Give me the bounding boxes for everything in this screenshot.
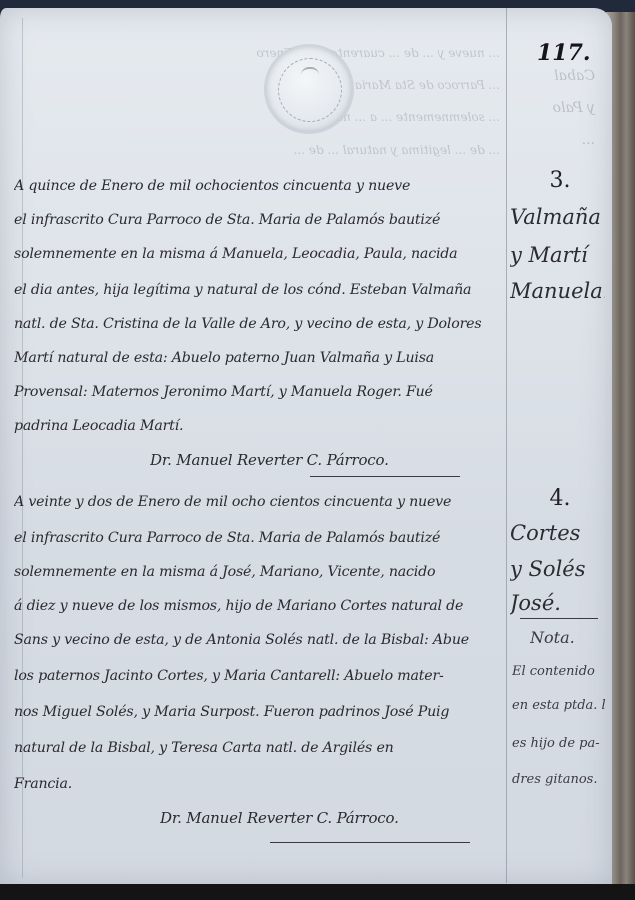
margin-name-line: José.: [510, 590, 605, 616]
entry-number: 4.: [510, 486, 610, 511]
priest-signature: Dr. Manuel Reverter C. Párroco.: [160, 808, 460, 828]
margin-name-line: Cortes: [510, 520, 605, 546]
right-margin-rule: [506, 8, 507, 883]
entry-text-line: el infrascrito Cura Parroco de Sta. Mari…: [14, 528, 504, 548]
entry-text-line: Francia.: [14, 774, 504, 794]
priest-signature: Dr. Manuel Reverter C. Párroco.: [150, 450, 450, 470]
entry-text-line: el infrascrito Cura Parroco de Sta. Mari…: [14, 210, 504, 230]
margin-note-title: Nota.: [530, 630, 624, 646]
entry-text-line: solemnemente en la misma á José, Mariano…: [14, 562, 504, 582]
entry-text-line: solemnemente en la misma á Manuela, Leoc…: [14, 244, 504, 264]
embossed-seal-icon: [266, 46, 352, 132]
margin-rule: [520, 618, 598, 619]
entry-text-line: los paternos Jacinto Cortes, y Maria Can…: [14, 666, 504, 686]
entry-text-line: natl. de Sta. Cristina de la Valle de Ar…: [14, 314, 504, 334]
bleed-through-margin: y Palo: [515, 100, 595, 116]
signature-rule: [310, 476, 460, 477]
margin-note-line: El contenido: [512, 664, 606, 680]
entry-text-line: Martí natural de esta: Abuelo paterno Ju…: [14, 348, 504, 368]
entry-number: 3.: [510, 168, 610, 193]
bleed-through-line: ... solemnemente ... a ... nacida: [40, 110, 500, 124]
folio-number: 117.: [537, 40, 591, 66]
margin-note-line: es hijo de pa-: [512, 736, 606, 752]
margin-name-line: Manuela.: [510, 278, 605, 304]
entry-text-line: natural de la Bisbal, y Teresa Carta nat…: [14, 738, 504, 758]
bleed-through-line: ... nueve y ... de ... cuarenta ... de E…: [40, 46, 500, 60]
margin-name-line: y Solés: [510, 556, 605, 582]
margin-name-line: Valmaña: [510, 204, 605, 230]
bleed-through-margin: ...: [515, 132, 595, 148]
entry-text-line: Sans y vecino de esta, y de Antonia Solé…: [14, 630, 504, 650]
entry-text-line: Provensal: Maternos Jeronimo Martí, y Ma…: [14, 382, 504, 402]
margin-name-line: y Martí: [510, 242, 605, 268]
margin-note-line: en esta ptda. lo: [512, 698, 606, 714]
margin-note-line: dres gitanos.: [512, 772, 606, 788]
bleed-through-line: ... de ... legitima y natural ... de ...: [40, 143, 500, 157]
entry-text-line: A veinte y dos de Enero de mil ocho cien…: [14, 492, 504, 512]
bleed-through-margin: Cabal: [515, 68, 595, 84]
entry-text-line: padrina Leocadia Martí.: [14, 416, 504, 436]
register-page: ... nueve y ... de ... cuarenta ... de E…: [0, 8, 612, 886]
entry-text-line: el dia antes, hija legítima y natural de…: [14, 280, 504, 300]
entry-text-line: nos Miguel Solés, y Maria Surpost. Fuero…: [14, 702, 504, 722]
entry-text-line: A quince de Enero de mil ochocientos cin…: [14, 176, 504, 196]
background-bottom-edge: [0, 884, 635, 900]
signature-rule: [270, 842, 470, 843]
entry-text-line: á diez y nueve de los mismos, hijo de Ma…: [14, 596, 504, 616]
